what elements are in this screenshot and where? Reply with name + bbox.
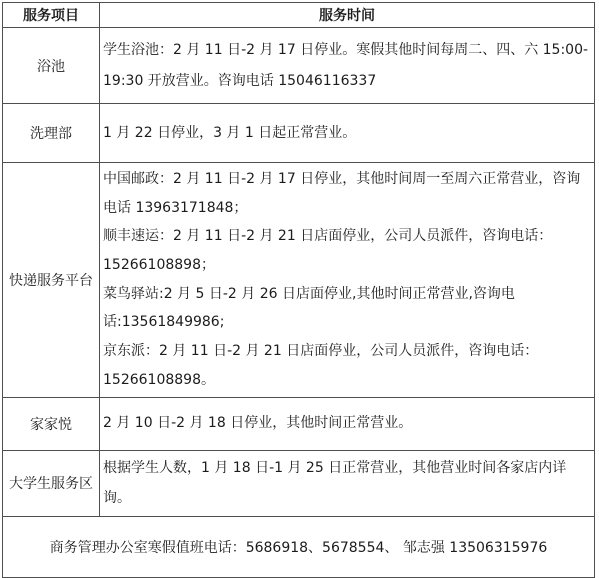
table-row-laundry: 洗理部 1 月 22 日停业，3 月 1 日起正常营业。 xyxy=(3,104,595,163)
service-item-laundry: 洗理部 xyxy=(3,104,100,163)
table-header-row: 服务项目 服务时间 xyxy=(3,3,595,28)
service-item-bathhouse: 浴池 xyxy=(3,28,100,104)
table-footer-row: 商务管理办公室寒假值班电话：5686918、5678554、 邹志强 13506… xyxy=(3,517,595,578)
column-header-service-item: 服务项目 xyxy=(3,3,100,28)
service-time-laundry: 1 月 22 日停业，3 月 1 日起正常营业。 xyxy=(100,104,595,163)
service-time-text: 根据学生人数，1 月 18 日-1 月 25 日正常营业，其他营业时间各家店内详… xyxy=(103,453,590,515)
service-time-text-jd: 京东派：2 月 11 日-2 月 21 日店面停业，公司人员派件，咨询电话：15… xyxy=(103,337,590,394)
table-row-express: 快递服务平台 中国邮政：2 月 11 日-2 月 17 日停业，其他时间周一至周… xyxy=(3,163,595,398)
table-row-bathhouse: 浴池 学生浴池：2 月 11 日-2 月 17 日停业。寒假其他时间每周二、四、… xyxy=(3,28,595,104)
service-schedule-table: 服务项目 服务时间 浴池 学生浴池：2 月 11 日-2 月 17 日停业。寒假… xyxy=(2,2,595,578)
service-time-text: 2 月 10 日-2 月 18 日停业，其他时间正常营业。 xyxy=(103,408,590,439)
service-time-jiajiayue: 2 月 10 日-2 月 18 日停业，其他时间正常营业。 xyxy=(100,397,595,450)
table-row-student-service-area: 大学生服务区 根据学生人数，1 月 18 日-1 月 25 日正常营业，其他营业… xyxy=(3,450,595,517)
column-header-service-time: 服务时间 xyxy=(100,3,595,28)
service-item-express: 快递服务平台 xyxy=(3,163,100,398)
service-time-text-sf-express: 顺丰速运：2 月 11 日-2 月 21 日店面停业，公司人员派件，咨询电话：1… xyxy=(103,222,590,279)
document-page: 服务项目 服务时间 浴池 学生浴池：2 月 11 日-2 月 17 日停业。寒假… xyxy=(0,0,599,512)
service-time-text-cainiao: 菜鸟驿站:2 月 5 日-2 月 26 日店面停业,其他时间正常营业,咨询电话:… xyxy=(103,280,590,337)
service-item-jiajiayue: 家家悦 xyxy=(3,397,100,450)
footer-duty-phone-text: 商务管理办公室寒假值班电话：5686918、5678554、 邹志强 13506… xyxy=(3,517,595,578)
service-item-student-service-area: 大学生服务区 xyxy=(3,450,100,517)
service-time-express: 中国邮政：2 月 11 日-2 月 17 日停业，其他时间周一至周六正常营业，咨… xyxy=(100,163,595,398)
service-time-text-china-post: 中国邮政：2 月 11 日-2 月 17 日停业，其他时间周一至周六正常营业，咨… xyxy=(103,165,590,222)
table-row-jiajiayue: 家家悦 2 月 10 日-2 月 18 日停业，其他时间正常营业。 xyxy=(3,397,595,450)
service-time-text: 1 月 22 日停业，3 月 1 日起正常营业。 xyxy=(103,118,590,149)
service-time-bathhouse: 学生浴池：2 月 11 日-2 月 17 日停业。寒假其他时间每周二、四、六 1… xyxy=(100,28,595,104)
service-time-student-service-area: 根据学生人数，1 月 18 日-1 月 25 日正常营业，其他营业时间各家店内详… xyxy=(100,450,595,517)
service-time-text: 学生浴池：2 月 11 日-2 月 17 日停业。寒假其他时间每周二、四、六 1… xyxy=(103,35,590,97)
